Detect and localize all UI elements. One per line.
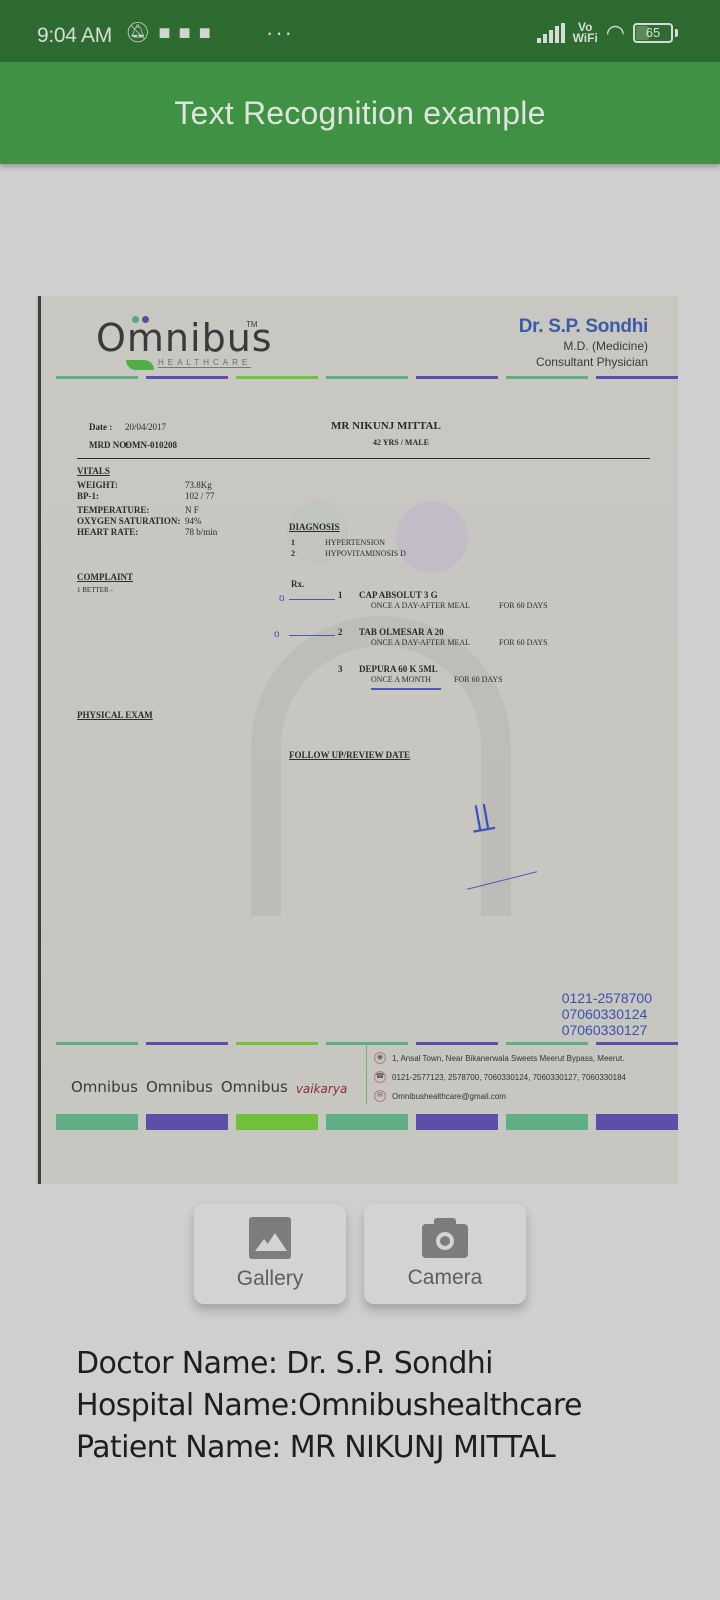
- address-line: ◉ 1, Ansal Town, Near Bikanerwala Sweets…: [374, 1052, 624, 1064]
- prescription-image: Omnibus TM HEALTHCARE Dr. S.P. Sondhi M.…: [36, 296, 678, 1184]
- medicine-duration: FOR 60 DAYS: [499, 638, 548, 647]
- vital-value: 78 b/min: [185, 527, 217, 537]
- pen-mark: o: [274, 629, 280, 640]
- gallery-button[interactable]: Gallery: [194, 1204, 346, 1304]
- vital-value: 94%: [185, 516, 202, 526]
- vital-label: OXYGEN SATURATION:: [77, 516, 180, 526]
- more-notifications-icon: ···: [266, 20, 294, 46]
- medicine-dose: ONCE A DAY-AFTER MEAL: [371, 601, 470, 610]
- vital-label: HEART RATE:: [77, 527, 138, 537]
- medicine-name: DEPURA 60 K 5ML: [359, 664, 438, 674]
- game-controller-icon: ■: [199, 22, 211, 44]
- leaf-icon: [126, 360, 154, 370]
- medicine-dose: ONCE A DAY-AFTER MEAL: [371, 638, 470, 647]
- result-patient-name: Patient Name: MR NIKUNJ MITTAL: [76, 1427, 582, 1469]
- vowifi-icon: Vo WiFi: [573, 22, 598, 44]
- game-controller-icon: ■: [158, 22, 170, 44]
- wifi-icon: ◠: [606, 23, 625, 43]
- result-hospital-name: Hospital Name:Omnibushealthcare: [76, 1385, 582, 1427]
- vital-label: WEIGHT:: [77, 480, 118, 490]
- watermark: [251, 616, 511, 916]
- medicine-name: CAP ABSOLUT 3 G: [359, 590, 438, 600]
- email-line: ✉ Omnibushealthcare@gmail.com: [374, 1090, 506, 1102]
- diagnosis-item: HYPOVITAMINOSIS D: [325, 549, 406, 558]
- mail-icon: ✉: [374, 1090, 386, 1102]
- medicine-dose: ONCE A MONTH: [371, 675, 431, 684]
- signal-bars-icon: [537, 23, 565, 43]
- vital-value: 73.8Kg: [185, 480, 212, 490]
- phone-line: ☎ 0121-2577123, 2578700, 7060330124, 706…: [374, 1071, 626, 1083]
- diagnosis-item: HYPERTENSION: [325, 538, 385, 547]
- footer-color-bars: [56, 1114, 678, 1130]
- status-bar: 9:04 AM 🔕︎ ■ ■ ■ ··· Vo WiFi ◠ 65: [0, 0, 720, 62]
- battery-tip: [675, 29, 678, 37]
- vital-value: N F: [185, 505, 199, 515]
- medicine-name: TAB OLMESAR A 20: [359, 627, 444, 637]
- camera-icon: [422, 1218, 468, 1258]
- app-title: Text Recognition example: [174, 95, 545, 132]
- prescription-paper: Omnibus TM HEALTHCARE Dr. S.P. Sondhi M.…: [38, 296, 678, 1184]
- status-time: 9:04 AM: [37, 24, 112, 48]
- vital-label: TEMPERATURE:: [77, 505, 149, 515]
- location-icon: ◉: [374, 1052, 386, 1064]
- game-controller-icon: ■: [178, 22, 190, 44]
- header-stripes: [56, 376, 678, 379]
- battery-icon: 65: [633, 23, 673, 43]
- app-bar: Text Recognition example: [0, 62, 720, 164]
- footer-stripes: [56, 1042, 678, 1045]
- doctor-block: Dr. S.P. Sondhi M.D. (Medicine) Consulta…: [519, 316, 648, 370]
- vital-label: BP-1:: [77, 491, 99, 501]
- omnibus-logo: Omnibus TM HEALTHCARE: [96, 316, 273, 360]
- patient-name: MR NIKUNJ MITTAL: [331, 420, 441, 432]
- footer-logos: Omnibus Omnibus Omnibus vaikarya: [71, 1078, 347, 1096]
- image-icon: [249, 1217, 291, 1259]
- recognition-results: Doctor Name: Dr. S.P. Sondhi Hospital Na…: [76, 1343, 582, 1469]
- muted-bell-icon: 🔕︎: [125, 22, 150, 44]
- medicine-duration: FOR 60 DAYS: [454, 675, 503, 684]
- notification-icons: 🔕︎ ■ ■ ■: [125, 22, 211, 44]
- system-icons: Vo WiFi ◠ 65: [537, 22, 678, 44]
- pen-mark: o: [279, 593, 285, 604]
- medicine-duration: FOR 60 DAYS: [499, 601, 548, 610]
- camera-button[interactable]: Camera: [364, 1204, 526, 1304]
- phone-icon: ☎: [374, 1071, 386, 1083]
- result-doctor-name: Doctor Name: Dr. S.P. Sondhi: [76, 1343, 582, 1385]
- handwritten-phones: 0121-2578700 07060330124 07060330127: [562, 990, 652, 1038]
- vital-value: 102 / 77: [185, 491, 215, 501]
